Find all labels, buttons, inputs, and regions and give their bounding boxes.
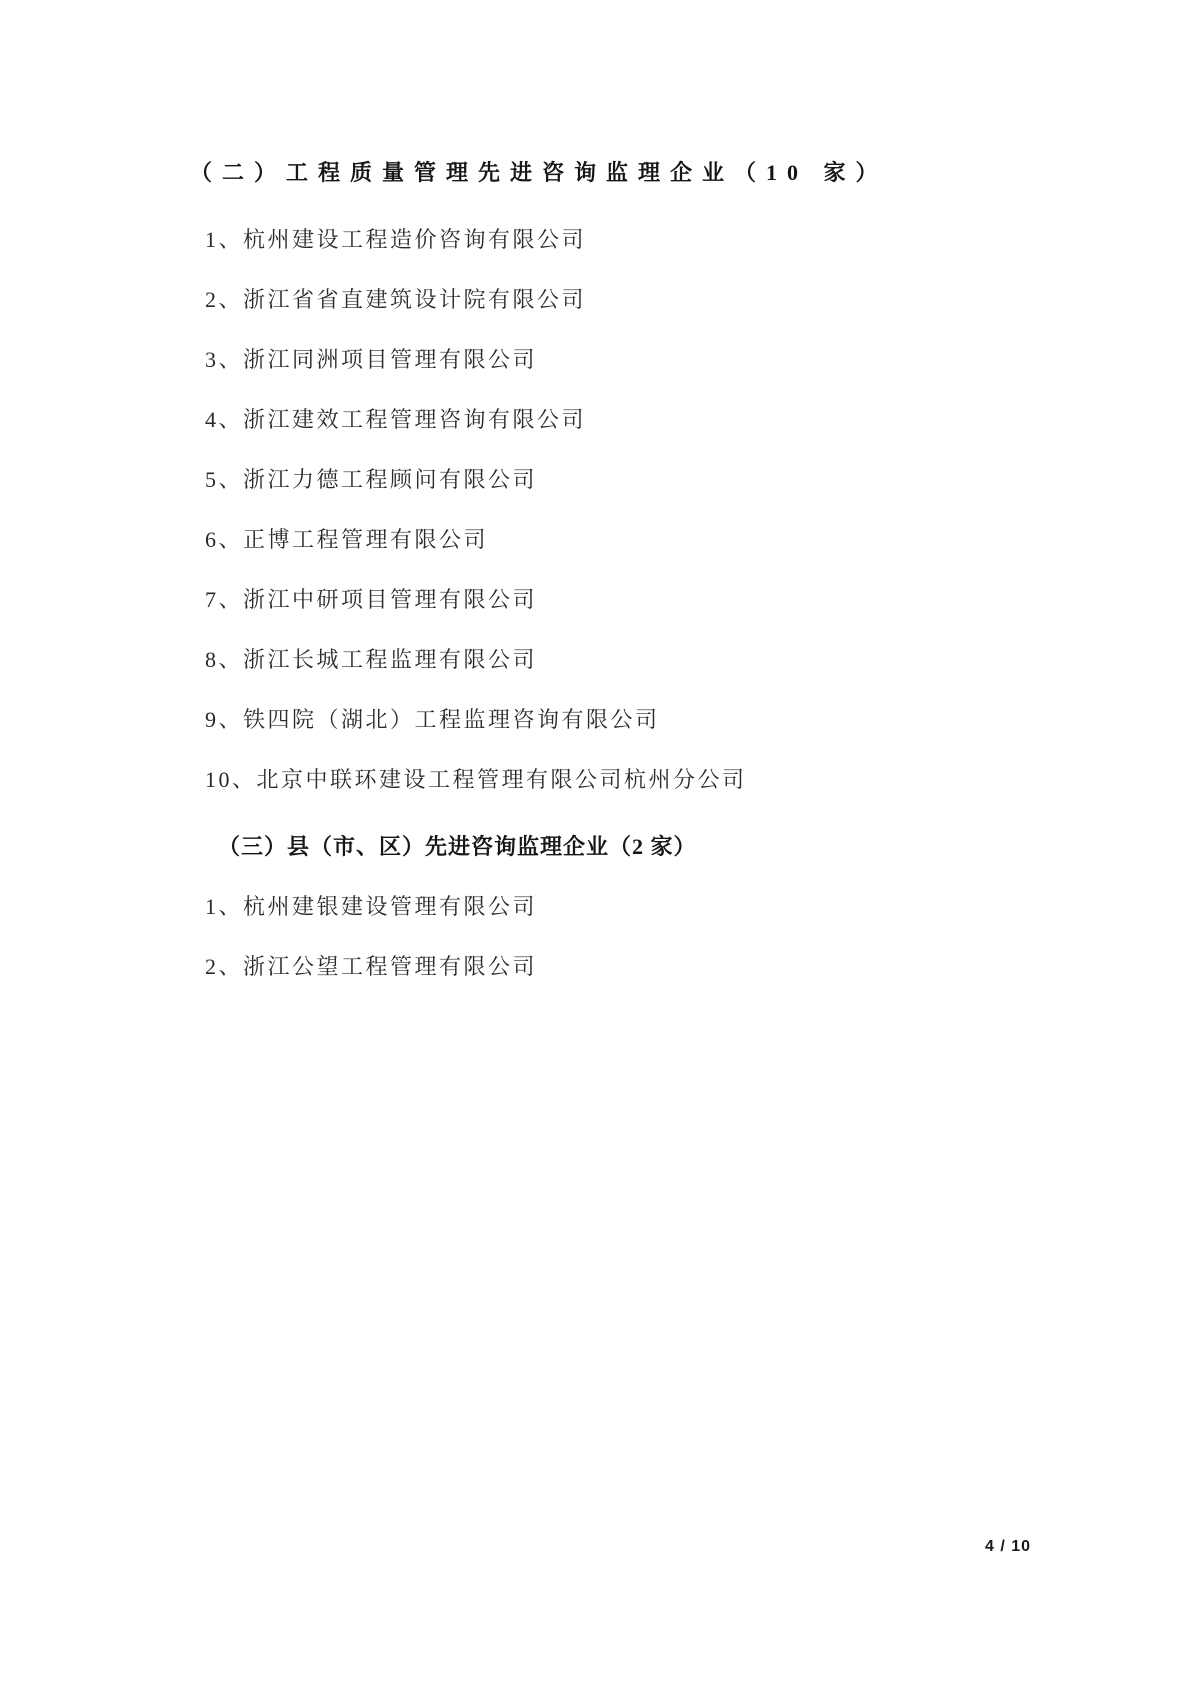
list-item: 2、浙江省省直建筑设计院有限公司 [205, 282, 1189, 318]
section-3-heading: （三）县（市、区）先进咨询监理企业（2 家） [218, 829, 1189, 865]
list-item: 2、浙江公望工程管理有限公司 [205, 949, 1189, 985]
list-item: 5、浙江力德工程顾问有限公司 [205, 462, 1189, 498]
list-item: 9、铁四院（湖北）工程监理咨询有限公司 [205, 702, 1189, 738]
list-item: 4、浙江建效工程管理咨询有限公司 [205, 402, 1189, 438]
document-content: （二）工程质量管理先进咨询监理企业（10 家） 1、杭州建设工程造价咨询有限公司… [0, 155, 1189, 1009]
section-2-heading: （二）工程质量管理先进咨询监理企业（10 家） [190, 155, 1189, 191]
list-item: 3、浙江同洲项目管理有限公司 [205, 342, 1189, 378]
section-county-advanced: （三）县（市、区）先进咨询监理企业（2 家） 1、杭州建银建设管理有限公司 2、… [0, 829, 1189, 985]
list-item: 1、杭州建银建设管理有限公司 [205, 889, 1189, 925]
section-3-company-list: 1、杭州建银建设管理有限公司 2、浙江公望工程管理有限公司 [0, 889, 1189, 985]
list-item: 7、浙江中研项目管理有限公司 [205, 582, 1189, 618]
section-quality-management: （二）工程质量管理先进咨询监理企业（10 家） 1、杭州建设工程造价咨询有限公司… [0, 155, 1189, 798]
list-item: 6、正博工程管理有限公司 [205, 522, 1189, 558]
list-item: 10、北京中联环建设工程管理有限公司杭州分公司 [205, 762, 1189, 798]
section-2-company-list: 1、杭州建设工程造价咨询有限公司 2、浙江省省直建筑设计院有限公司 3、浙江同洲… [0, 222, 1189, 798]
document-page: （二）工程质量管理先进咨询监理企业（10 家） 1、杭州建设工程造价咨询有限公司… [0, 0, 1189, 1683]
page-number: 4 / 10 [985, 1538, 1031, 1556]
list-item: 1、杭州建设工程造价咨询有限公司 [205, 222, 1189, 258]
list-item: 8、浙江长城工程监理有限公司 [205, 642, 1189, 678]
